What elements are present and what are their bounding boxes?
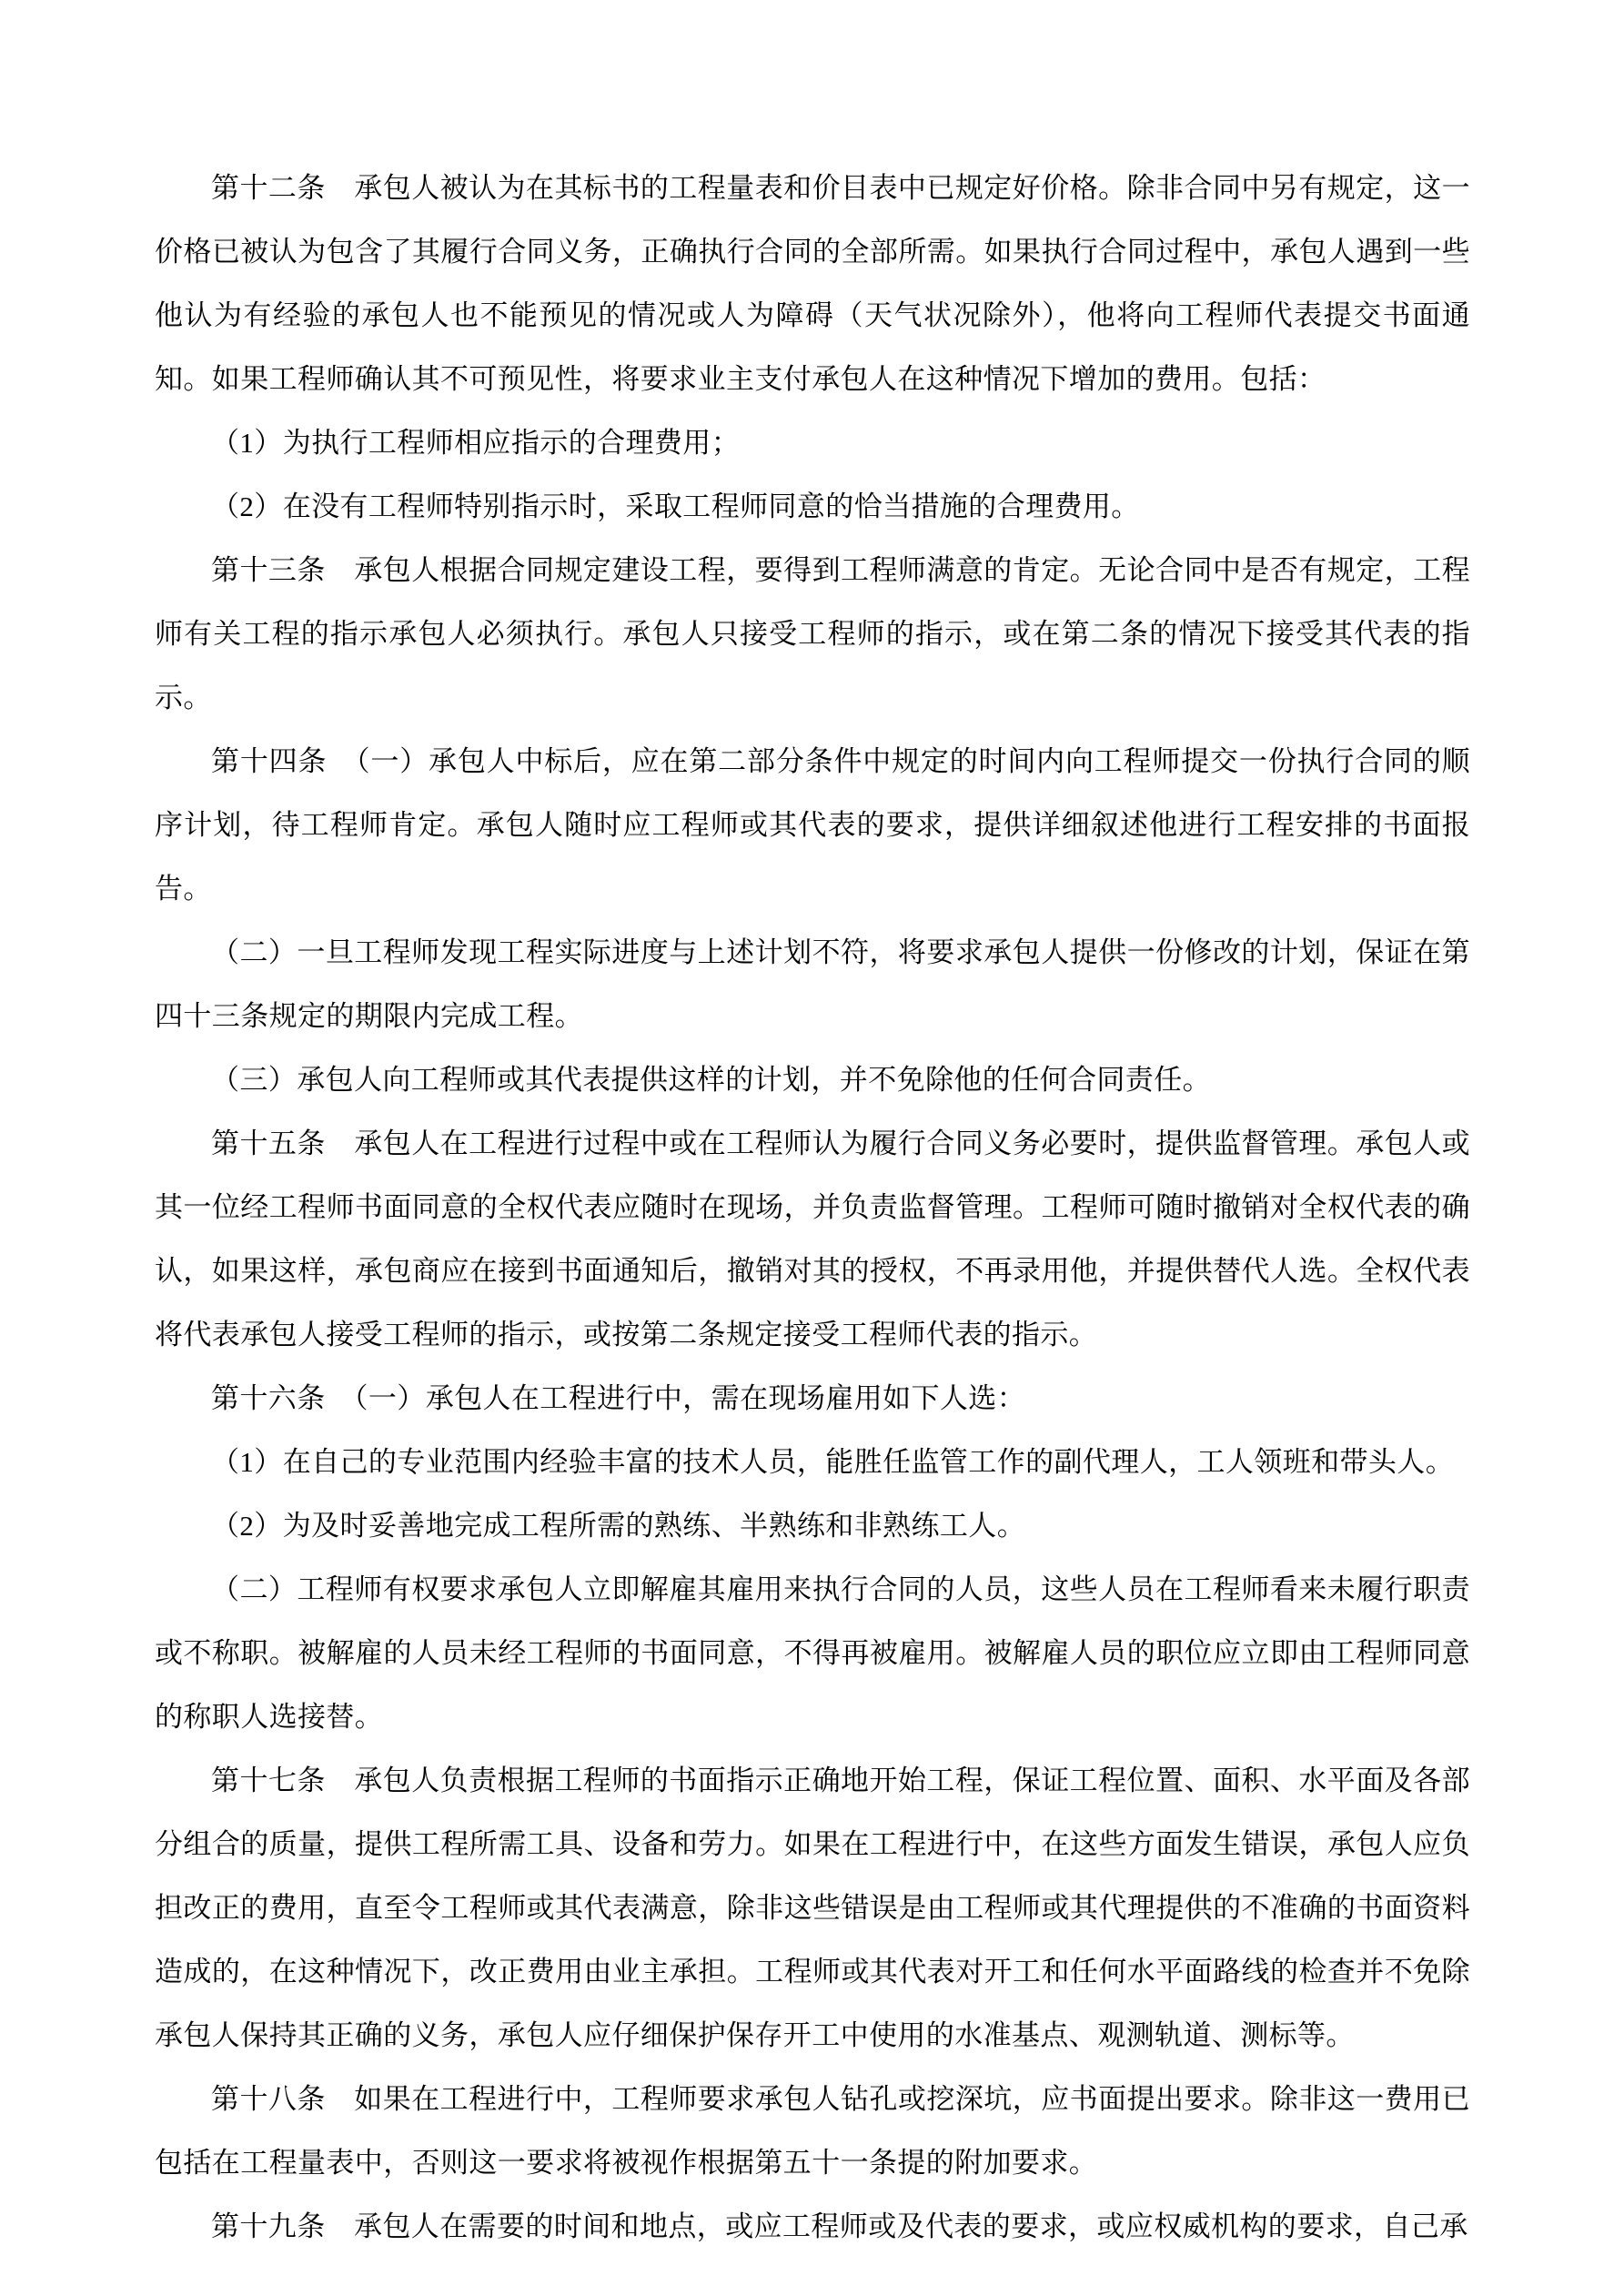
paragraph: 第十五条 承包人在工程进行过程中或在工程师认为履行合同义务必要时，提供监督管理。… [155,1112,1470,1367]
document-page: 第十二条 承包人被认为在其标书的工程量表和价目表中已规定好价格。除非合同中另有规… [0,0,1624,2296]
paragraph: 第十三条 承包人根据合同规定建设工程，要得到工程师满意的肯定。无论合同中是否有规… [155,539,1470,730]
paragraph: （2）为及时妥善地完成工程所需的熟练、半熟练和非熟练工人。 [155,1494,1470,1558]
paragraph: （三）承包人向工程师或其代表提供这样的计划，并不免除他的任何合同责任。 [155,1048,1470,1112]
paragraph: 第十八条 如果在工程进行中，工程师要求承包人钻孔或挖深坑，应书面提出要求。除非这… [155,2068,1470,2195]
paragraph: 第十九条 承包人在需要的时间和地点，或应工程师或及代表的要求，或应权威机构的要求… [155,2195,1470,2259]
paragraph: 第十二条 承包人被认为在其标书的工程量表和价目表中已规定好价格。除非合同中另有规… [155,157,1470,411]
paragraph: （1）在自己的专业范围内经验丰富的技术人员，能胜任监管工作的副代理人，工人领班和… [155,1431,1470,1494]
paragraph: （1）为执行工程师相应指示的合理费用； [155,411,1470,475]
paragraph: 第十七条 承包人负责根据工程师的书面指示正确地开始工程，保证工程位置、面积、水平… [155,1749,1470,2068]
paragraph: 第十四条 （一）承包人中标后，应在第二部分条件中规定的时间内向工程师提交一份执行… [155,730,1470,921]
document-text-block: 第十二条 承包人被认为在其标书的工程量表和价目表中已规定好价格。除非合同中另有规… [155,157,1470,2259]
paragraph: 第十六条 （一）承包人在工程进行中，需在现场雇用如下人选： [155,1367,1470,1431]
paragraph: （2）在没有工程师特别指示时，采取工程师同意的恰当措施的合理费用。 [155,475,1470,539]
paragraph: （二）一旦工程师发现工程实际进度与上述计划不符，将要求承包人提供一份修改的计划，… [155,921,1470,1048]
paragraph: （二）工程师有权要求承包人立即解雇其雇用来执行合同的人员，这些人员在工程师看来未… [155,1558,1470,1749]
